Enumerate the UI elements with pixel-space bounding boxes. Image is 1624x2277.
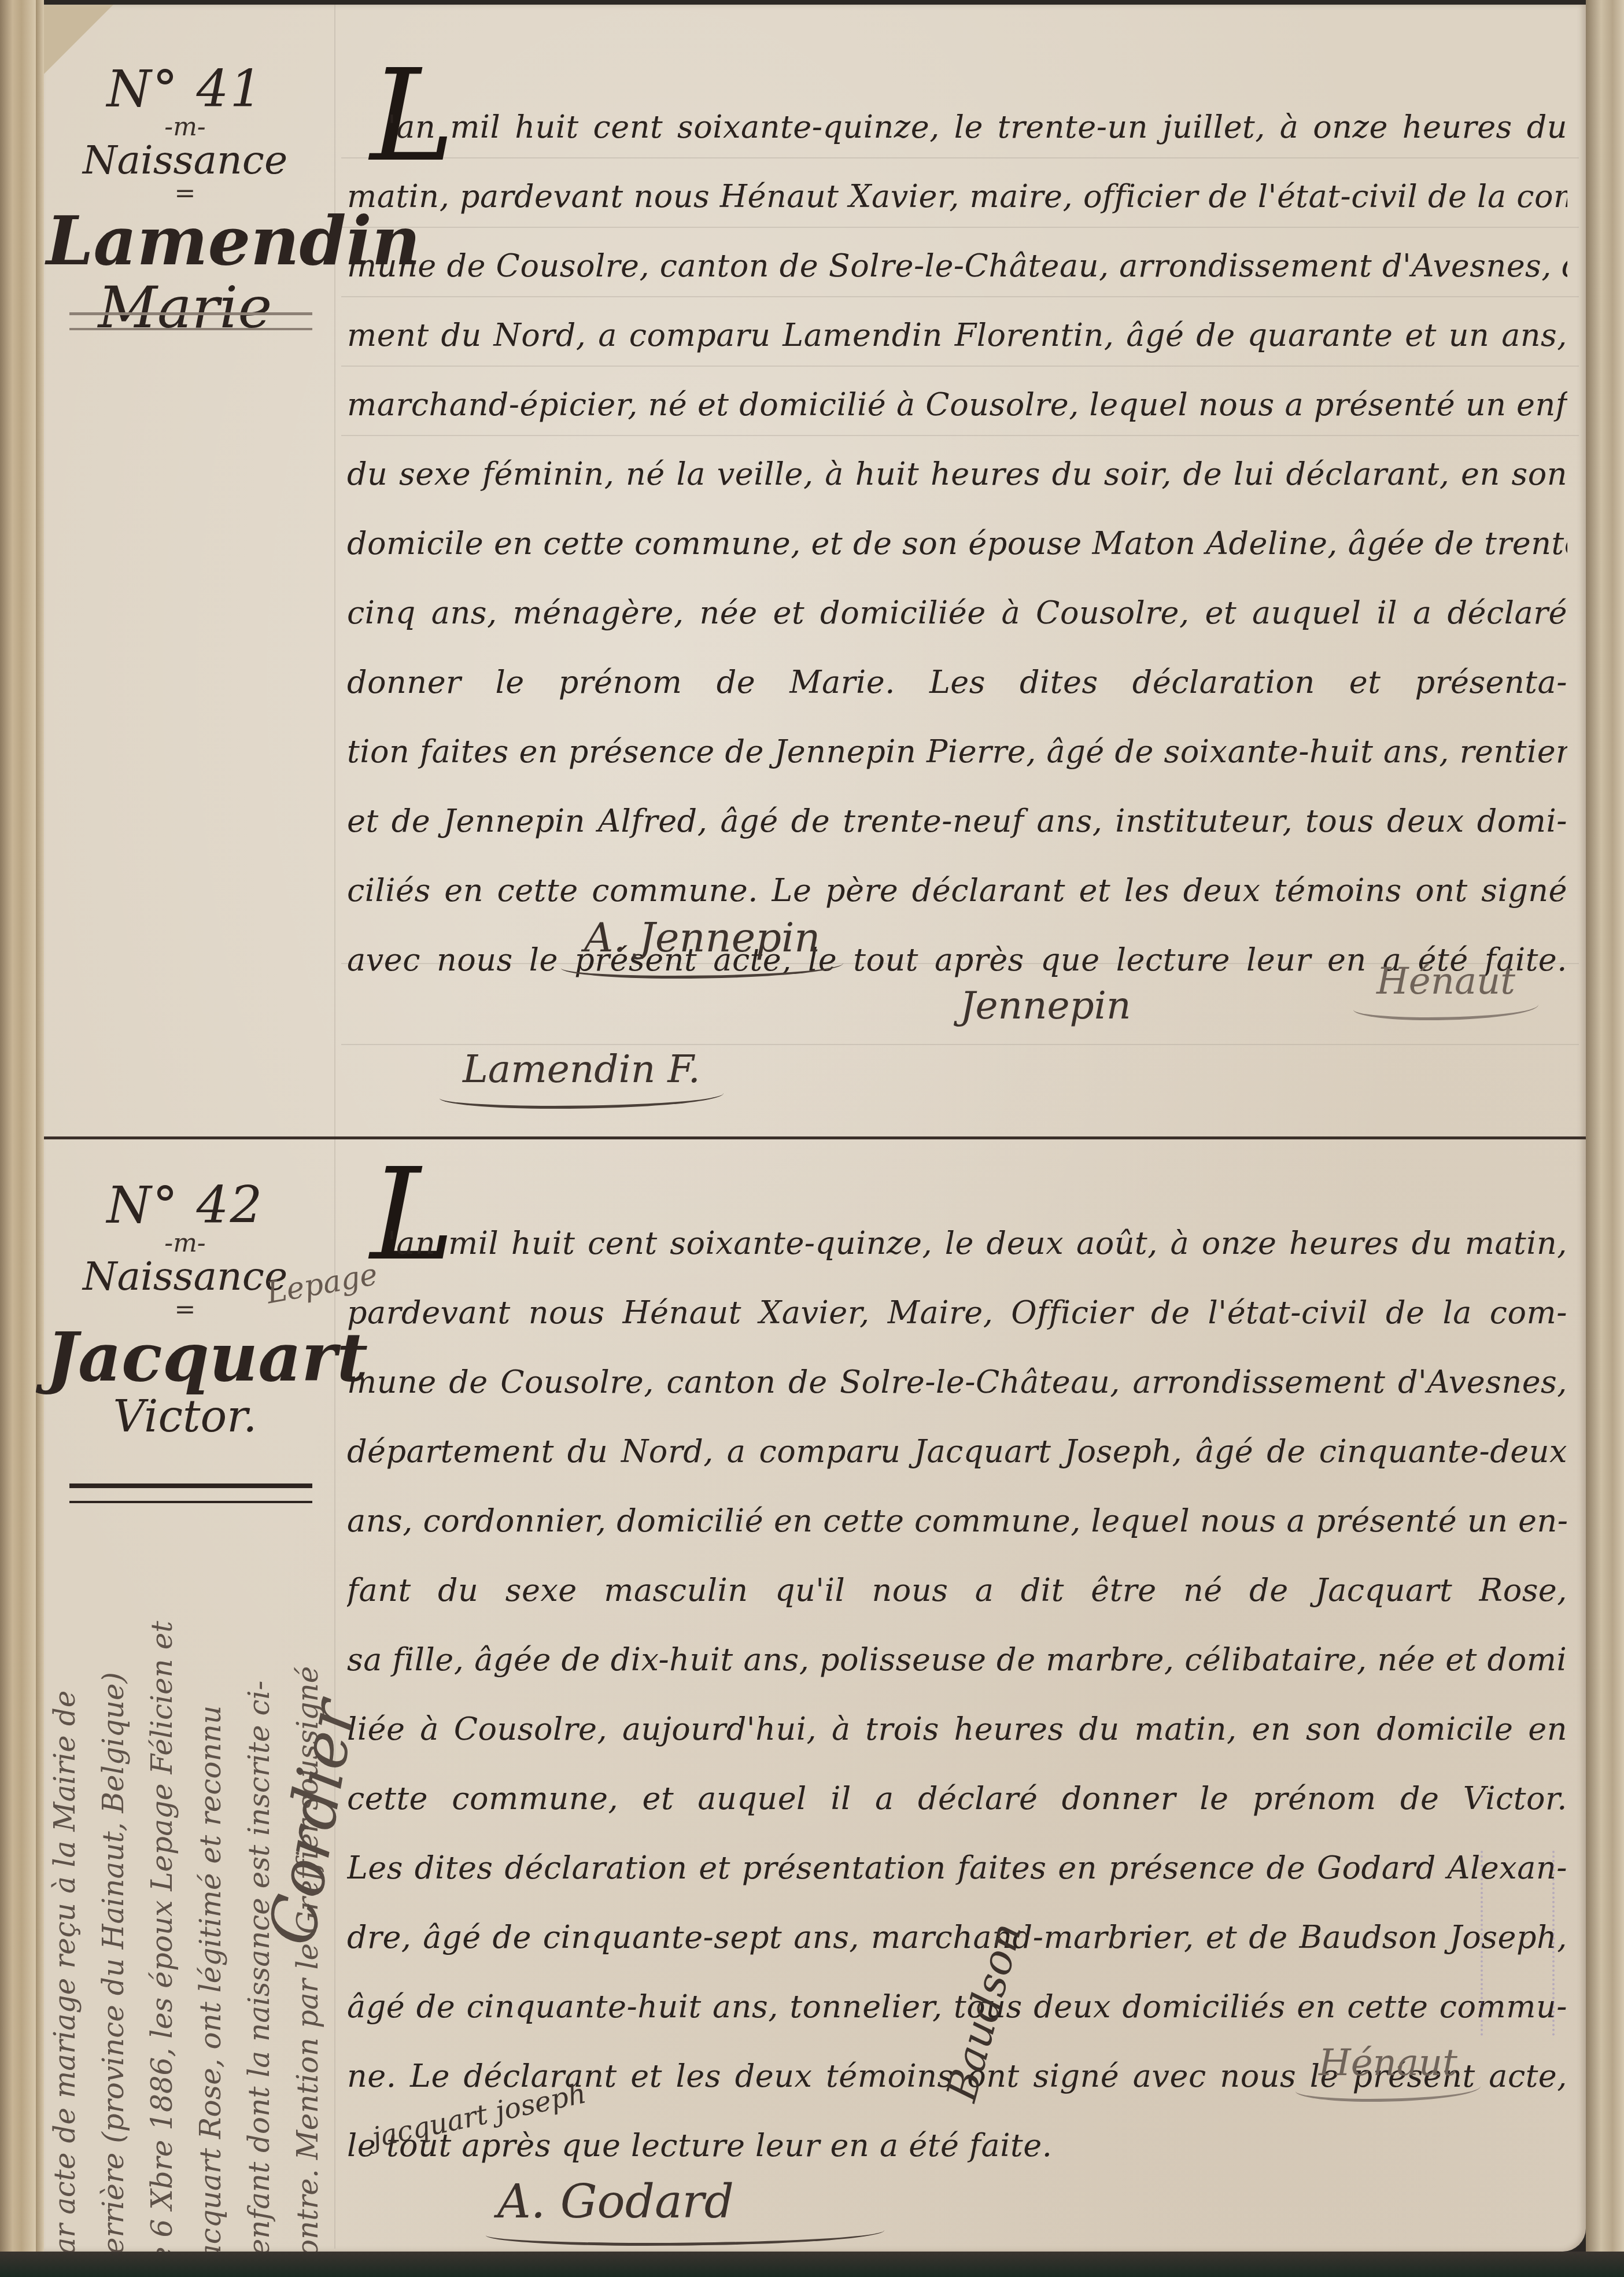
entry-line: ciliés en cette commune. Le père déclara…	[347, 856, 1567, 925]
entry-line: ans, cordonnier, domicilié en cette comm…	[347, 1486, 1567, 1556]
entry-line: et de Jennepin Alfred, âgé de trente-neu…	[347, 787, 1567, 856]
signature-declarant: Lamendin F.	[463, 1047, 700, 1091]
child-surname: Lamendin	[46, 206, 324, 277]
note-line: le 6 Xbre 1886, les époux Lepage Félicie…	[138, 1440, 186, 2273]
note-line: Par acte de mariage reçu à la Mairie de	[40, 1440, 89, 2273]
book-bottom-edge	[0, 2252, 1624, 2277]
entry-line: cinq ans, ménagère, née et domiciliée à …	[347, 578, 1567, 648]
entry-42-margin-header: N° 42 -m- Naissance = Jacquart Victor. L…	[46, 1180, 324, 1440]
entry-line: dre, âgé de cinquante-sept ans, marchand…	[347, 1903, 1567, 1972]
child-given-name: Victor.	[46, 1393, 324, 1440]
signature-witness-1: A. Jennepin	[584, 914, 820, 961]
decorative-mark: -m-	[46, 115, 324, 140]
signature-mayor: Hénaut	[1319, 2042, 1457, 2084]
left-binding	[0, 0, 36, 2277]
entry-line: tion faites en présence de Jennepin Pier…	[347, 717, 1567, 787]
entry-line: sa fille, âgée de dix-huit ans, polisseu…	[347, 1625, 1567, 1695]
entry-line: matin, pardevant nous Hénaut Xavier, mai…	[347, 162, 1567, 231]
entry-line: département du Nord, a comparu Jacquart …	[347, 1417, 1567, 1486]
child-surname: Jacquart	[46, 1323, 324, 1393]
faded-stamp-mark	[1481, 1851, 1555, 2036]
entry-line: mune de Cousolre, canton de Solre-le-Châ…	[347, 231, 1567, 301]
entry-line: fant du sexe masculin qu'il nous a dit ê…	[347, 1556, 1567, 1625]
entry-line: pardevant nous Hénaut Xavier, Maire, Off…	[347, 1278, 1567, 1348]
entry-separator	[44, 1136, 1586, 1139]
acte-number: N° 41	[46, 64, 324, 115]
acte-type: Naissance	[46, 140, 324, 181]
note-line: Jacquart Rose, ont légitimé et reconnu	[186, 1440, 235, 2273]
entry-line: Les dites déclaration et présentation fa…	[347, 1833, 1567, 1903]
note-line: Ferrière (province du Hainaut, Belgique)	[89, 1440, 138, 2273]
entry-line: cette commune, et auquel il a déclaré do…	[347, 1764, 1567, 1833]
entry-line: ment du Nord, a comparu Lamendin Florent…	[347, 301, 1567, 370]
entry-line: 'an mil huit cent soixante-quinze, le de…	[347, 1209, 1567, 1278]
entry-line: du sexe féminin, né la veille, à huit he…	[347, 440, 1567, 509]
entry-line: 'an mil huit cent soixante-quinze, le tr…	[347, 93, 1567, 162]
right-page-edge	[1586, 0, 1624, 2277]
acte-number: N° 42	[46, 1180, 324, 1231]
header-double-rule	[69, 312, 312, 330]
signature-witness-1: A. Godard	[497, 2175, 734, 2228]
ruled-line	[341, 1044, 1579, 1045]
entry-line: marchand-épicier, né et domicilié à Cous…	[347, 370, 1567, 440]
decorative-mark: -m-	[46, 1231, 324, 1256]
signature-witness-2: Jennepin	[960, 983, 1131, 1028]
signature-mayor: Hénaut	[1376, 960, 1515, 1003]
entry-line: liée à Cousolre, aujourd'hui, à trois he…	[347, 1695, 1567, 1764]
entry-line: domicile en cette commune, et de son épo…	[347, 509, 1567, 578]
entry-41-body: 'an mil huit cent soixante-quinze, le tr…	[347, 93, 1567, 995]
entry-41-margin-header: N° 41 -m- Naissance = Lamendin Marie	[46, 64, 324, 338]
entry-line: donner le prénom de Marie. Les dites déc…	[347, 648, 1567, 717]
entry-line: mune de Cousolre, canton de Solre-le-Châ…	[347, 1348, 1567, 1417]
entry-line: le tout après que lecture leur en a été …	[347, 2111, 1567, 2180]
margin-guide-line	[334, 5, 335, 2249]
